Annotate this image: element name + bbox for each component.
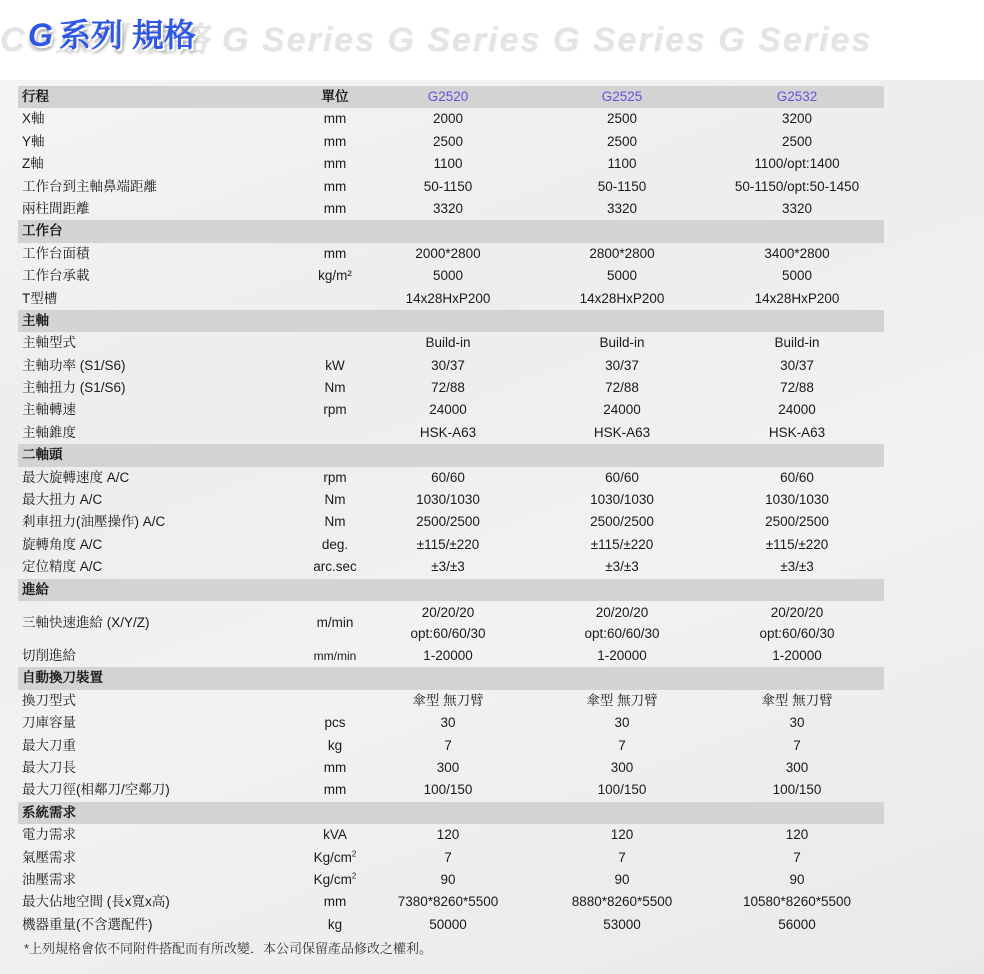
spec-value: 72/88 — [378, 377, 518, 399]
unit-column-header: 單位 — [292, 86, 378, 108]
spec-value: 14x28HxP200 — [727, 288, 867, 310]
value-line-2: opt:60/60/30 — [552, 623, 692, 644]
spec-unit — [292, 422, 378, 444]
value-line-1: 20/20/20 — [378, 602, 518, 623]
spec-unit: mm — [292, 131, 378, 153]
spec-value: 20/20/20opt:60/60/30 — [552, 601, 692, 645]
spec-value: 2800*2800 — [552, 243, 692, 265]
spec-value: 5000 — [378, 265, 518, 287]
spec-label: Z軸 — [22, 153, 44, 175]
unit-text: kVA — [323, 827, 347, 842]
spec-label: 主軸功率 (S1/S6) — [22, 355, 126, 377]
unit-text: Nm — [325, 492, 346, 507]
spec-value: 24000 — [378, 399, 518, 421]
table-row: 機器重量(不含選配件)kg500005300056000 — [18, 914, 884, 936]
table-row: 主軸錐度HSK-A63HSK-A63HSK-A63 — [18, 422, 884, 444]
spec-label: 兩柱間距離 — [22, 198, 90, 220]
spec-value: 60/60 — [552, 467, 692, 489]
spec-unit: mm — [292, 779, 378, 801]
spec-label: 換刀型式 — [22, 690, 76, 712]
spec-value: ±3/±3 — [552, 556, 692, 578]
spec-value: 300 — [552, 757, 692, 779]
unit-text: m/min — [317, 615, 354, 630]
table-row: 電力需求kVA120120120 — [18, 824, 884, 846]
spec-label: 旋轉角度 A/C — [22, 534, 102, 556]
spec-value: 30/37 — [727, 355, 867, 377]
table-row: Z軸mm110011001100/opt:1400 — [18, 153, 884, 175]
table-row: 切削進給mm/min1-200001-200001-20000 — [18, 645, 884, 667]
section-header-row: 主軸 — [18, 310, 884, 332]
section-header-row: 二軸頭 — [18, 444, 884, 466]
model-column-header: G2525 — [552, 86, 692, 108]
section-title: 自動換刀裝置 — [22, 667, 103, 689]
unit-text: pcs — [324, 715, 345, 730]
spec-value: 傘型 無刀臂 — [552, 690, 692, 712]
table-row: 旋轉角度 A/Cdeg.±115/±220±115/±220±115/±220 — [18, 534, 884, 556]
spec-unit: kg — [292, 914, 378, 936]
spec-label: 切削進給 — [22, 645, 76, 667]
spec-label: 機器重量(不含選配件) — [22, 914, 153, 936]
spec-value: Build-in — [378, 332, 518, 354]
spec-unit — [292, 288, 378, 310]
model-column-header: G2520 — [378, 86, 518, 108]
section-title: 系統需求 — [22, 802, 76, 824]
spec-label: 主軸錐度 — [22, 422, 76, 444]
spec-unit: mm — [292, 108, 378, 130]
spec-unit: Kg/cm2 — [292, 847, 378, 869]
spec-value: 7 — [378, 847, 518, 869]
unit-superscript: 2 — [352, 849, 356, 858]
spec-value: 7 — [727, 847, 867, 869]
spec-label: 刀庫容量 — [22, 712, 76, 734]
spec-unit: mm — [292, 176, 378, 198]
table-row: 最大刀徑(相鄰刀/空鄰刀)mm100/150100/150100/150 — [18, 779, 884, 801]
unit-text: mm — [324, 782, 347, 797]
spec-unit: kg/m² — [292, 265, 378, 287]
spec-value: 2500 — [378, 131, 518, 153]
value-line-2: opt:60/60/30 — [378, 623, 518, 644]
unit-text: Nm — [325, 514, 346, 529]
unit-text: deg. — [322, 537, 348, 552]
spec-label: 最大扭力 A/C — [22, 489, 102, 511]
spec-value: 8880*8260*5500 — [552, 891, 692, 913]
spec-label: 油壓需求 — [22, 869, 76, 891]
spec-value: 14x28HxP200 — [378, 288, 518, 310]
spec-value: 傘型 無刀臂 — [378, 690, 518, 712]
spec-value: 30 — [378, 712, 518, 734]
table-row: 最大佔地空間 (長x寬x高)mm7380*8260*55008880*8260*… — [18, 891, 884, 913]
spec-label: T型槽 — [22, 288, 57, 310]
spec-value: 2500/2500 — [727, 511, 867, 533]
section-title: 進給 — [22, 579, 49, 601]
spec-value: ±115/±220 — [552, 534, 692, 556]
unit-text: mm — [324, 894, 347, 909]
spec-unit: mm — [292, 153, 378, 175]
spec-value: ±3/±3 — [727, 556, 867, 578]
table-row: 最大旋轉速度 A/Crpm60/6060/6060/60 — [18, 467, 884, 489]
spec-label: 工作台面積 — [22, 243, 90, 265]
spec-value: 24000 — [552, 399, 692, 421]
spec-value: 2500/2500 — [378, 511, 518, 533]
spec-label: 最大刀徑(相鄰刀/空鄰刀) — [22, 779, 170, 801]
spec-label: 工作台承載 — [22, 265, 90, 287]
section-header-row: 工作台 — [18, 220, 884, 242]
spec-unit: Kg/cm2 — [292, 869, 378, 891]
spec-value: 60/60 — [378, 467, 518, 489]
spec-value: 50000 — [378, 914, 518, 936]
unit-text: mm — [324, 760, 347, 775]
spec-value: 3320 — [378, 198, 518, 220]
spec-value: 90 — [378, 869, 518, 891]
spec-unit: kg — [292, 735, 378, 757]
spec-value: 1-20000 — [552, 645, 692, 667]
spec-value: 50-1150 — [552, 176, 692, 198]
spec-table: 行程單位G2520G2525G2532X軸mm200025003200Y軸mm2… — [18, 86, 884, 936]
table-header-row: 行程單位G2520G2525G2532 — [18, 86, 884, 108]
spec-label: 三軸快速進給 (X/Y/Z) — [22, 601, 150, 645]
spec-unit: deg. — [292, 534, 378, 556]
spec-value: 2500/2500 — [552, 511, 692, 533]
spec-unit: pcs — [292, 712, 378, 734]
spec-label: 主軸型式 — [22, 332, 76, 354]
footnote: *上列規格會依不同附件搭配而有所改變．本公司保留產品修改之權利。 — [24, 938, 432, 957]
spec-unit: mm — [292, 891, 378, 913]
unit-text: mm — [324, 156, 347, 171]
table-row: X軸mm200025003200 — [18, 108, 884, 130]
spec-value: 30/37 — [552, 355, 692, 377]
table-row: 最大扭力 A/CNm1030/10301030/10301030/1030 — [18, 489, 884, 511]
spec-value: 2500 — [727, 131, 867, 153]
spec-value: 5000 — [552, 265, 692, 287]
spec-value: 1-20000 — [378, 645, 518, 667]
spec-value: Build-in — [727, 332, 867, 354]
spec-value: 50-1150 — [378, 176, 518, 198]
spec-value: 50-1150/opt:50-1450 — [727, 176, 867, 198]
spec-value: 2000 — [378, 108, 518, 130]
spec-value: ±3/±3 — [378, 556, 518, 578]
spec-value: 7380*8260*5500 — [378, 891, 518, 913]
section-header-row: 進給 — [18, 579, 884, 601]
spec-value: 20/20/20opt:60/60/30 — [727, 601, 867, 645]
spec-value: 1100 — [552, 153, 692, 175]
unit-text: kg — [328, 917, 342, 932]
unit-text: mm — [324, 111, 347, 126]
table-row: 主軸扭力 (S1/S6)Nm72/8872/8872/88 — [18, 377, 884, 399]
table-row: Y軸mm250025002500 — [18, 131, 884, 153]
spec-value: 120 — [378, 824, 518, 846]
spec-unit: m/min — [292, 601, 378, 645]
table-row: 剎車扭力(油壓操作) A/CNm2500/25002500/25002500/2… — [18, 511, 884, 533]
spec-value: 2000*2800 — [378, 243, 518, 265]
spec-value: 7 — [727, 735, 867, 757]
spec-unit: Nm — [292, 489, 378, 511]
spec-value: 120 — [552, 824, 692, 846]
spec-unit: rpm — [292, 467, 378, 489]
unit-superscript: 2 — [352, 871, 356, 880]
spec-value: 1100 — [378, 153, 518, 175]
spec-value: HSK-A63 — [727, 422, 867, 444]
spec-value: HSK-A63 — [552, 422, 692, 444]
value-line-1: 20/20/20 — [727, 602, 867, 623]
spec-label: 電力需求 — [22, 824, 76, 846]
spec-value: 10580*8260*5500 — [727, 891, 867, 913]
value-line-2: opt:60/60/30 — [727, 623, 867, 644]
spec-value: 90 — [552, 869, 692, 891]
table-row: 三軸快速進給 (X/Y/Z)m/min20/20/20opt:60/60/302… — [18, 601, 884, 645]
spec-unit: kVA — [292, 824, 378, 846]
unit-text: kg/m² — [318, 268, 352, 283]
spec-value: 傘型 無刀臂 — [727, 690, 867, 712]
spec-value: 100/150 — [552, 779, 692, 801]
spec-unit: Nm — [292, 511, 378, 533]
spec-value: 20/20/20opt:60/60/30 — [378, 601, 518, 645]
table-row: 工作台面積mm2000*28002800*28003400*2800 — [18, 243, 884, 265]
unit-text: mm — [324, 134, 347, 149]
table-row: 最大刀長mm300300300 — [18, 757, 884, 779]
unit-text: arc.sec — [313, 559, 357, 574]
unit-text: mm — [324, 246, 347, 261]
spec-value: 120 — [727, 824, 867, 846]
table-row: 定位精度 A/Carc.sec±3/±3±3/±3±3/±3 — [18, 556, 884, 578]
spec-unit: mm — [292, 198, 378, 220]
spec-unit: Nm — [292, 377, 378, 399]
spec-value: 24000 — [727, 399, 867, 421]
unit-text: Kg/cm — [314, 872, 352, 887]
title-banner: CG系列 規格 G Series G Series G Series G Ser… — [0, 0, 984, 80]
spec-value: ±115/±220 — [378, 534, 518, 556]
spec-value: 300 — [727, 757, 867, 779]
spec-label: 最大刀重 — [22, 735, 76, 757]
table-row: 兩柱間距離mm332033203320 — [18, 198, 884, 220]
table-row: 刀庫容量pcs303030 — [18, 712, 884, 734]
spec-label: 最大旋轉速度 A/C — [22, 467, 129, 489]
section-header-row: 系統需求 — [18, 802, 884, 824]
table-row: T型槽14x28HxP20014x28HxP20014x28HxP200 — [18, 288, 884, 310]
spec-value: 53000 — [552, 914, 692, 936]
table-row: 主軸轉速rpm240002400024000 — [18, 399, 884, 421]
spec-unit: mm — [292, 757, 378, 779]
spec-unit: rpm — [292, 399, 378, 421]
spec-value: ±115/±220 — [727, 534, 867, 556]
spec-value: Build-in — [552, 332, 692, 354]
spec-value: 1030/1030 — [378, 489, 518, 511]
spec-value: 2500 — [552, 108, 692, 130]
spec-label: 定位精度 A/C — [22, 556, 102, 578]
section-header-row: 自動換刀裝置 — [18, 667, 884, 689]
spec-value: 5000 — [727, 265, 867, 287]
spec-label: 主軸轉速 — [22, 399, 76, 421]
spec-value: 14x28HxP200 — [552, 288, 692, 310]
spec-value: 90 — [727, 869, 867, 891]
spec-value: 7 — [378, 735, 518, 757]
spec-unit: mm — [292, 243, 378, 265]
spec-value: 1030/1030 — [727, 489, 867, 511]
spec-value: 1100/opt:1400 — [727, 153, 867, 175]
table-row: 工作台到主軸鼻端距離mm50-115050-115050-1150/opt:50… — [18, 176, 884, 198]
spec-label: 最大刀長 — [22, 757, 76, 779]
title-series-letter: G — [28, 17, 53, 53]
table-row: 主軸功率 (S1/S6)kW30/3730/3730/37 — [18, 355, 884, 377]
spec-label: 主軸扭力 (S1/S6) — [22, 377, 126, 399]
table-row: 最大刀重kg777 — [18, 735, 884, 757]
unit-text: Kg/cm — [314, 850, 352, 865]
value-line-1: 20/20/20 — [552, 602, 692, 623]
spec-value: 7 — [552, 847, 692, 869]
unit-text: kW — [325, 358, 345, 373]
table-row: 工作台承載kg/m²500050005000 — [18, 265, 884, 287]
spec-label: 剎車扭力(油壓操作) A/C — [22, 511, 165, 533]
spec-value: 3320 — [552, 198, 692, 220]
table-row: 換刀型式傘型 無刀臂傘型 無刀臂傘型 無刀臂 — [18, 690, 884, 712]
spec-unit: mm/min — [292, 645, 378, 667]
page-title: G系列 規格 — [28, 10, 196, 56]
spec-value: 56000 — [727, 914, 867, 936]
spec-label: 氣壓需求 — [22, 847, 76, 869]
spec-value: 1-20000 — [727, 645, 867, 667]
spec-value: 60/60 — [727, 467, 867, 489]
spec-unit: kW — [292, 355, 378, 377]
spec-value: 7 — [552, 735, 692, 757]
spec-unit — [292, 332, 378, 354]
spec-unit — [292, 690, 378, 712]
spec-value: 2500 — [552, 131, 692, 153]
spec-value: 100/150 — [378, 779, 518, 801]
spec-value: HSK-A63 — [378, 422, 518, 444]
table-row: 主軸型式Build-inBuild-inBuild-in — [18, 332, 884, 354]
title-text: 系列 規格 — [59, 17, 196, 53]
spec-value: 100/150 — [727, 779, 867, 801]
section-title: 工作台 — [22, 220, 63, 242]
spec-value: 1030/1030 — [552, 489, 692, 511]
spec-value: 30/37 — [378, 355, 518, 377]
spec-value: 3320 — [727, 198, 867, 220]
spec-label: Y軸 — [22, 131, 45, 153]
spec-unit: arc.sec — [292, 556, 378, 578]
spec-value: 300 — [378, 757, 518, 779]
unit-text: Nm — [325, 380, 346, 395]
spec-value: 3200 — [727, 108, 867, 130]
unit-text: mm — [324, 201, 347, 216]
spec-value: 30 — [727, 712, 867, 734]
unit-text: rpm — [323, 470, 346, 485]
section-title: 主軸 — [22, 310, 49, 332]
unit-text: mm — [324, 179, 347, 194]
unit-text: mm/min — [314, 649, 357, 663]
spec-value: 72/88 — [552, 377, 692, 399]
unit-text: rpm — [323, 402, 346, 417]
table-row: 氣壓需求Kg/cm2777 — [18, 847, 884, 869]
section-title: 行程 — [22, 86, 49, 108]
spec-label: X軸 — [22, 108, 45, 130]
spec-value: 3400*2800 — [727, 243, 867, 265]
spec-value: 30 — [552, 712, 692, 734]
section-title: 二軸頭 — [22, 444, 63, 466]
table-row: 油壓需求Kg/cm2909090 — [18, 869, 884, 891]
spec-label: 工作台到主軸鼻端距離 — [22, 176, 157, 198]
spec-label: 最大佔地空間 (長x寬x高) — [22, 891, 170, 913]
model-column-header: G2532 — [727, 86, 867, 108]
unit-text: kg — [328, 738, 342, 753]
spec-value: 72/88 — [727, 377, 867, 399]
